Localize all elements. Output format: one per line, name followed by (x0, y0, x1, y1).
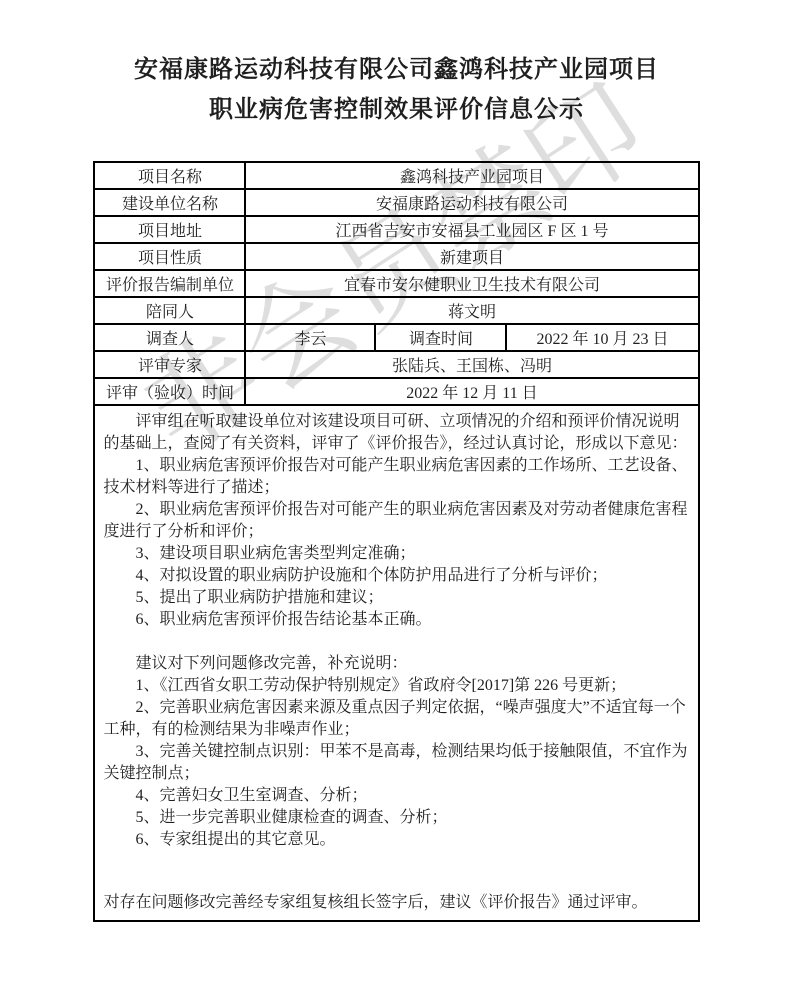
row-project-nature: 项目性质 新建项目 (94, 243, 698, 270)
suggestion-item: 4、完善妇女卫生室调查、分析； (103, 785, 689, 807)
row-investigator: 调查人 李云 调查时间 2022 年 10 月 23 日 (94, 324, 698, 351)
label-accompanying-person: 陪同人 (94, 297, 245, 324)
row-report-preparer: 评价报告编制单位 宜春市安尔健职业卫生技术有限公司 (94, 270, 698, 297)
row-project-address: 项目地址 江西省吉安市安福县工业园区 F 区 1 号 (94, 216, 698, 243)
value-review-experts: 张陆兵、王国栋、冯明 (245, 351, 698, 378)
label-project-address: 项目地址 (94, 216, 245, 243)
row-accompanying-person: 陪同人 蒋文明 (94, 297, 698, 324)
title-line-1: 安福康路运动科技有限公司鑫鸿科技产业园项目 (0, 50, 793, 90)
value-review-time: 2022 年 12 月 11 日 (245, 378, 698, 405)
title-line-2: 职业病危害控制效果评价信息公示 (0, 90, 793, 130)
suggestions-intro: 建议对下列问题修改完善，补充说明： (103, 653, 689, 675)
opinion-intro: 评审组在听取建设单位对该建设项目可研、立项情况的介绍和预评价情况说明的基础上，查… (103, 411, 689, 455)
value-investigator: 李云 (245, 324, 375, 351)
label-investigation-time: 调查时间 (375, 324, 506, 351)
label-review-experts: 评审专家 (94, 351, 245, 378)
row-construction-unit: 建设单位名称 安福康路运动科技有限公司 (94, 189, 698, 216)
opinion-conclusion: 对存在问题修改完善经专家组复核组长签字后，建议《评价报告》通过评审。 (103, 892, 689, 914)
label-report-preparer: 评价报告编制单位 (94, 270, 245, 297)
finding-item: 2、职业病危害预评价报告对可能产生的职业病危害因素及对劳动者健康危害程度进行了分… (103, 499, 689, 543)
label-project-name: 项目名称 (94, 162, 245, 189)
document-title: 安福康路运动科技有限公司鑫鸿科技产业园项目 职业病危害控制效果评价信息公示 (0, 0, 793, 130)
row-review-experts: 评审专家 张陆兵、王国栋、冯明 (94, 351, 698, 378)
value-project-name: 鑫鸿科技产业园项目 (245, 162, 698, 189)
suggestion-item: 6、专家组提出的其它意见。 (103, 829, 689, 851)
document-page: 非会员禁印 安福康路运动科技有限公司鑫鸿科技产业园项目 职业病危害控制效果评价信… (0, 0, 793, 987)
row-review-time: 评审（验收）时间 2022 年 12 月 11 日 (94, 378, 698, 405)
value-project-address: 江西省吉安市安福县工业园区 F 区 1 号 (245, 216, 698, 243)
row-project-name: 项目名称 鑫鸿科技产业园项目 (94, 162, 698, 189)
finding-item: 5、提出了职业病防护措施和建议； (103, 587, 689, 609)
finding-item: 4、对拟设置的职业病防护设施和个体防护用品进行了分析与评价； (103, 565, 689, 587)
suggestion-item: 1、《江西省女职工劳动保护特别规定》省政府令[2017]第 226 号更新； (103, 675, 689, 697)
suggestion-item: 3、完善关键控制点识别：甲苯不是高毒，检测结果均低于接触限值，不宜作为关键控制点… (103, 741, 689, 785)
label-investigator: 调查人 (94, 324, 245, 351)
value-investigation-time: 2022 年 10 月 23 日 (506, 324, 698, 351)
suggestion-item: 5、进一步完善职业健康检查的调查、分析； (103, 807, 689, 829)
label-project-nature: 项目性质 (94, 243, 245, 270)
suggestion-item: 2、完善职业病危害因素来源及重点因子判定依据，“噪声强度大”不适宜每一个工种，有… (103, 697, 689, 741)
info-table: 项目名称 鑫鸿科技产业园项目 建设单位名称 安福康路运动科技有限公司 项目地址 … (93, 161, 699, 922)
row-opinion: 评审组在听取建设单位对该建设项目可研、立项情况的介绍和预评价情况说明的基础上，查… (94, 405, 698, 921)
finding-item: 3、建设项目职业病危害类型判定准确； (103, 543, 689, 565)
opinion-cell: 评审组在听取建设单位对该建设项目可研、立项情况的介绍和预评价情况说明的基础上，查… (94, 405, 698, 921)
label-construction-unit: 建设单位名称 (94, 189, 245, 216)
value-report-preparer: 宜春市安尔健职业卫生技术有限公司 (245, 270, 698, 297)
value-accompanying-person: 蒋文明 (245, 297, 698, 324)
label-review-time: 评审（验收）时间 (94, 378, 245, 405)
finding-item: 6、职业病危害预评价报告结论基本正确。 (103, 609, 689, 631)
finding-item: 1、职业病危害预评价报告对可能产生职业病危害因素的工作场所、工艺设备、技术材料等… (103, 455, 689, 499)
value-project-nature: 新建项目 (245, 243, 698, 270)
value-construction-unit: 安福康路运动科技有限公司 (245, 189, 698, 216)
